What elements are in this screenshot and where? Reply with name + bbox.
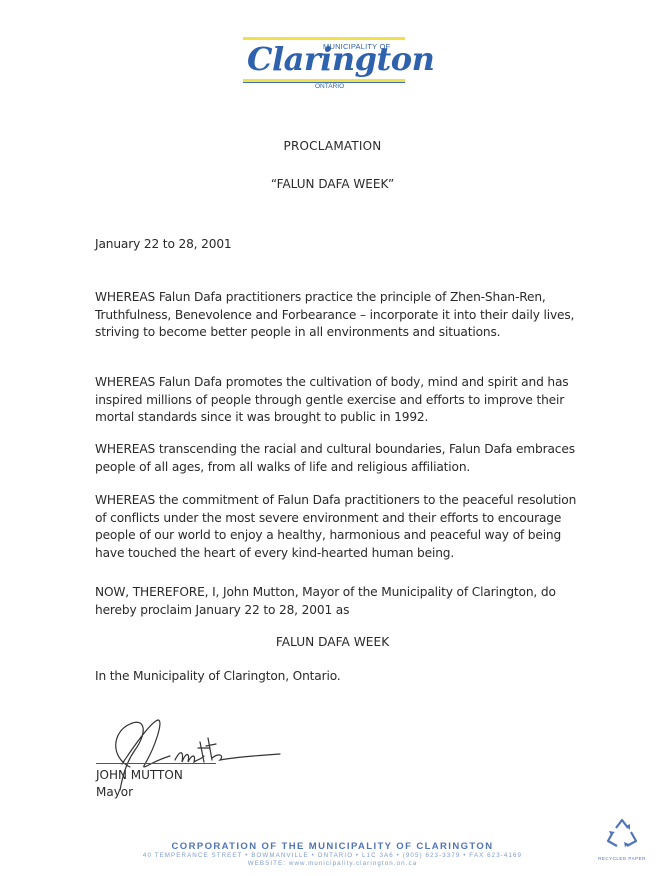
logo-name: Clarington [247,41,434,77]
logo-ontario: ONTARIO [315,83,344,90]
proclaimed-week: FALUN DAFA WEEK [0,635,665,649]
whereas-paragraph: WHEREAS the commitment of Falun Dafa pra… [95,492,585,562]
recycled-paper-mark: RECYCLED PAPER [598,818,646,868]
clarington-logo: MUNICIPALITY OF Clarington ONTARIO [243,37,405,89]
closing-line: In the Municipality of Clarington, Ontar… [95,668,585,686]
whereas-paragraph: WHEREAS transcending the racial and cult… [95,441,585,476]
whereas-paragraph: WHEREAS Falun Dafa promotes the cultivat… [95,374,585,427]
letterhead-footer: CORPORATION OF THE MUNICIPALITY OF CLARI… [0,842,665,868]
signature-line [96,763,216,764]
footer-website: WEBSITE: www.municipality.clarington.on.… [0,860,665,868]
whereas-paragraph: WHEREAS Falun Dafa practitioners practic… [95,289,585,342]
signer-block: JOHN MUTTON Mayor [96,767,183,801]
signer-role: Mayor [96,784,183,801]
recycled-paper-label: RECYCLED PAPER [598,856,646,861]
footer-address: 40 TEMPERANCE STREET • BOWMANVILLE • ONT… [0,852,665,860]
recycle-icon [605,818,639,850]
therefore-paragraph: NOW, THEREFORE, I, John Mutton, Mayor of… [95,584,585,619]
footer-corporation: CORPORATION OF THE MUNICIPALITY OF CLARI… [0,842,665,852]
document-title: PROCLAMATION [0,139,665,153]
document-subtitle: “FALUN DAFA WEEK” [0,177,665,191]
proclamation-date: January 22 to 28, 2001 [95,236,585,254]
signer-name: JOHN MUTTON [96,767,183,784]
